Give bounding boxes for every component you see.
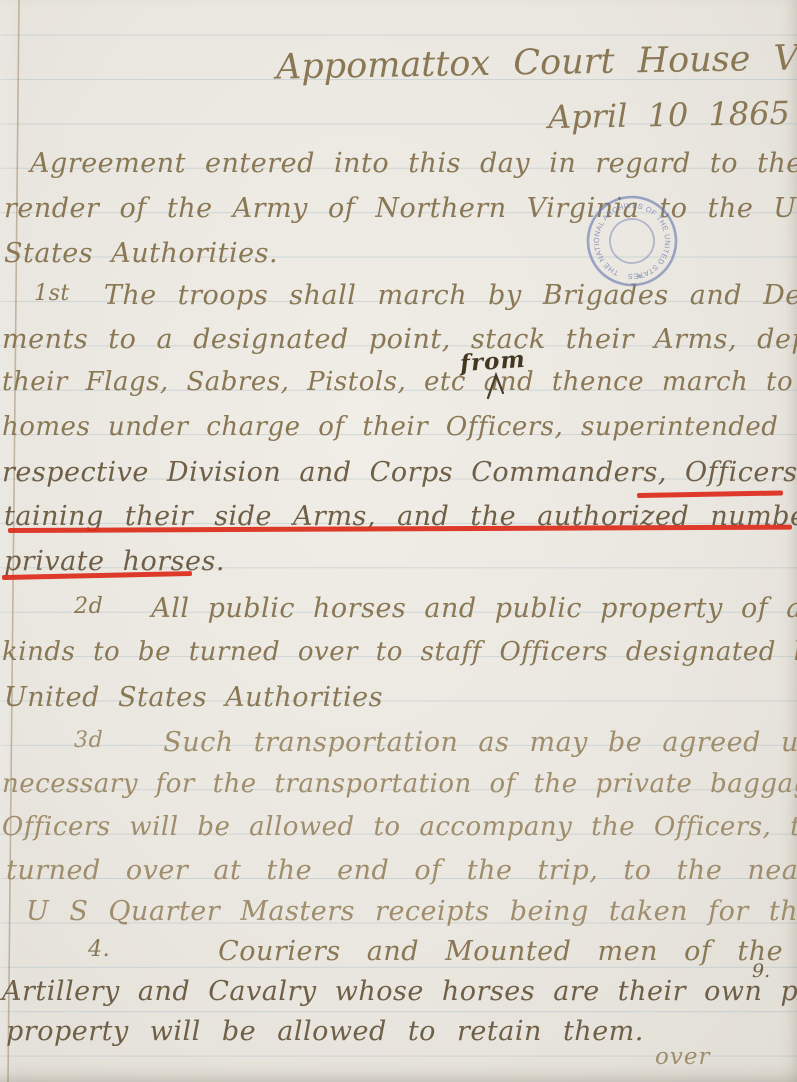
page-turn-note: over — [655, 1044, 710, 1070]
manuscript-line: United States Authorities — [4, 682, 383, 713]
manuscript-line: 3dSuch transportation as may be agreed u… — [74, 727, 797, 758]
manuscript-line: Officers will be allowed to accompany th… — [2, 813, 797, 843]
manuscript-page: Appomattox Court House Virginia April 10… — [0, 0, 797, 1082]
manuscript-line: U S Quarter Masters receipts being taken… — [26, 896, 797, 927]
manuscript-line: 1stThe troops shall march by Brigades an… — [34, 280, 797, 311]
manuscript-line: necessary for the transportation of the … — [2, 770, 797, 800]
heading-date-line: April 10 1865 — [548, 94, 790, 136]
manuscript-line: States Authorities. — [4, 238, 278, 269]
manuscript-line: kinds to be turned over to staff Officer… — [2, 638, 797, 668]
manuscript-line: property will be allowed to retain them. — [6, 1016, 644, 1047]
manuscript-line: Artillery and Cavalry whose horses are t… — [2, 976, 797, 1007]
margin-mark: 9. — [752, 960, 770, 982]
manuscript-line: homes under charge of their Officers, su… — [2, 413, 797, 443]
manuscript-line: 4.Couriers and Mounted men of the — [88, 936, 783, 967]
manuscript-line: ments to a designated point, stack their… — [2, 324, 797, 355]
manuscript-line: respective Division and Corps Commanders… — [2, 457, 797, 488]
manuscript-line: Agreement entered into this day in regar… — [30, 148, 797, 179]
national-archives-stamp-icon: THE NATIONAL ARCHIVES OF THE UNITED STAT… — [570, 179, 693, 302]
svg-text:THE NATIONAL ARCHIVES OF THE U: THE NATIONAL ARCHIVES OF THE UNITED STAT… — [585, 193, 680, 288]
clause-number: 3d — [74, 728, 103, 753]
manuscript-line: turned over at the end of the trip, to t… — [6, 855, 797, 886]
heading-place-line: Appomattox Court House Virginia — [276, 36, 797, 87]
red-underline-officers — [637, 490, 783, 497]
stamp-text: THE NATIONAL ARCHIVES OF THE UNITED STAT… — [585, 193, 680, 288]
clause-number: 4. — [88, 937, 110, 962]
manuscript-line: their Flags, Sabres, Pistols, etc and th… — [2, 368, 797, 398]
insertion-caret-icon — [486, 372, 506, 400]
clause-number: 2d — [74, 594, 103, 619]
clause-number: 1st — [34, 281, 70, 306]
manuscript-line: 2dAll public horses and public property … — [74, 593, 797, 624]
